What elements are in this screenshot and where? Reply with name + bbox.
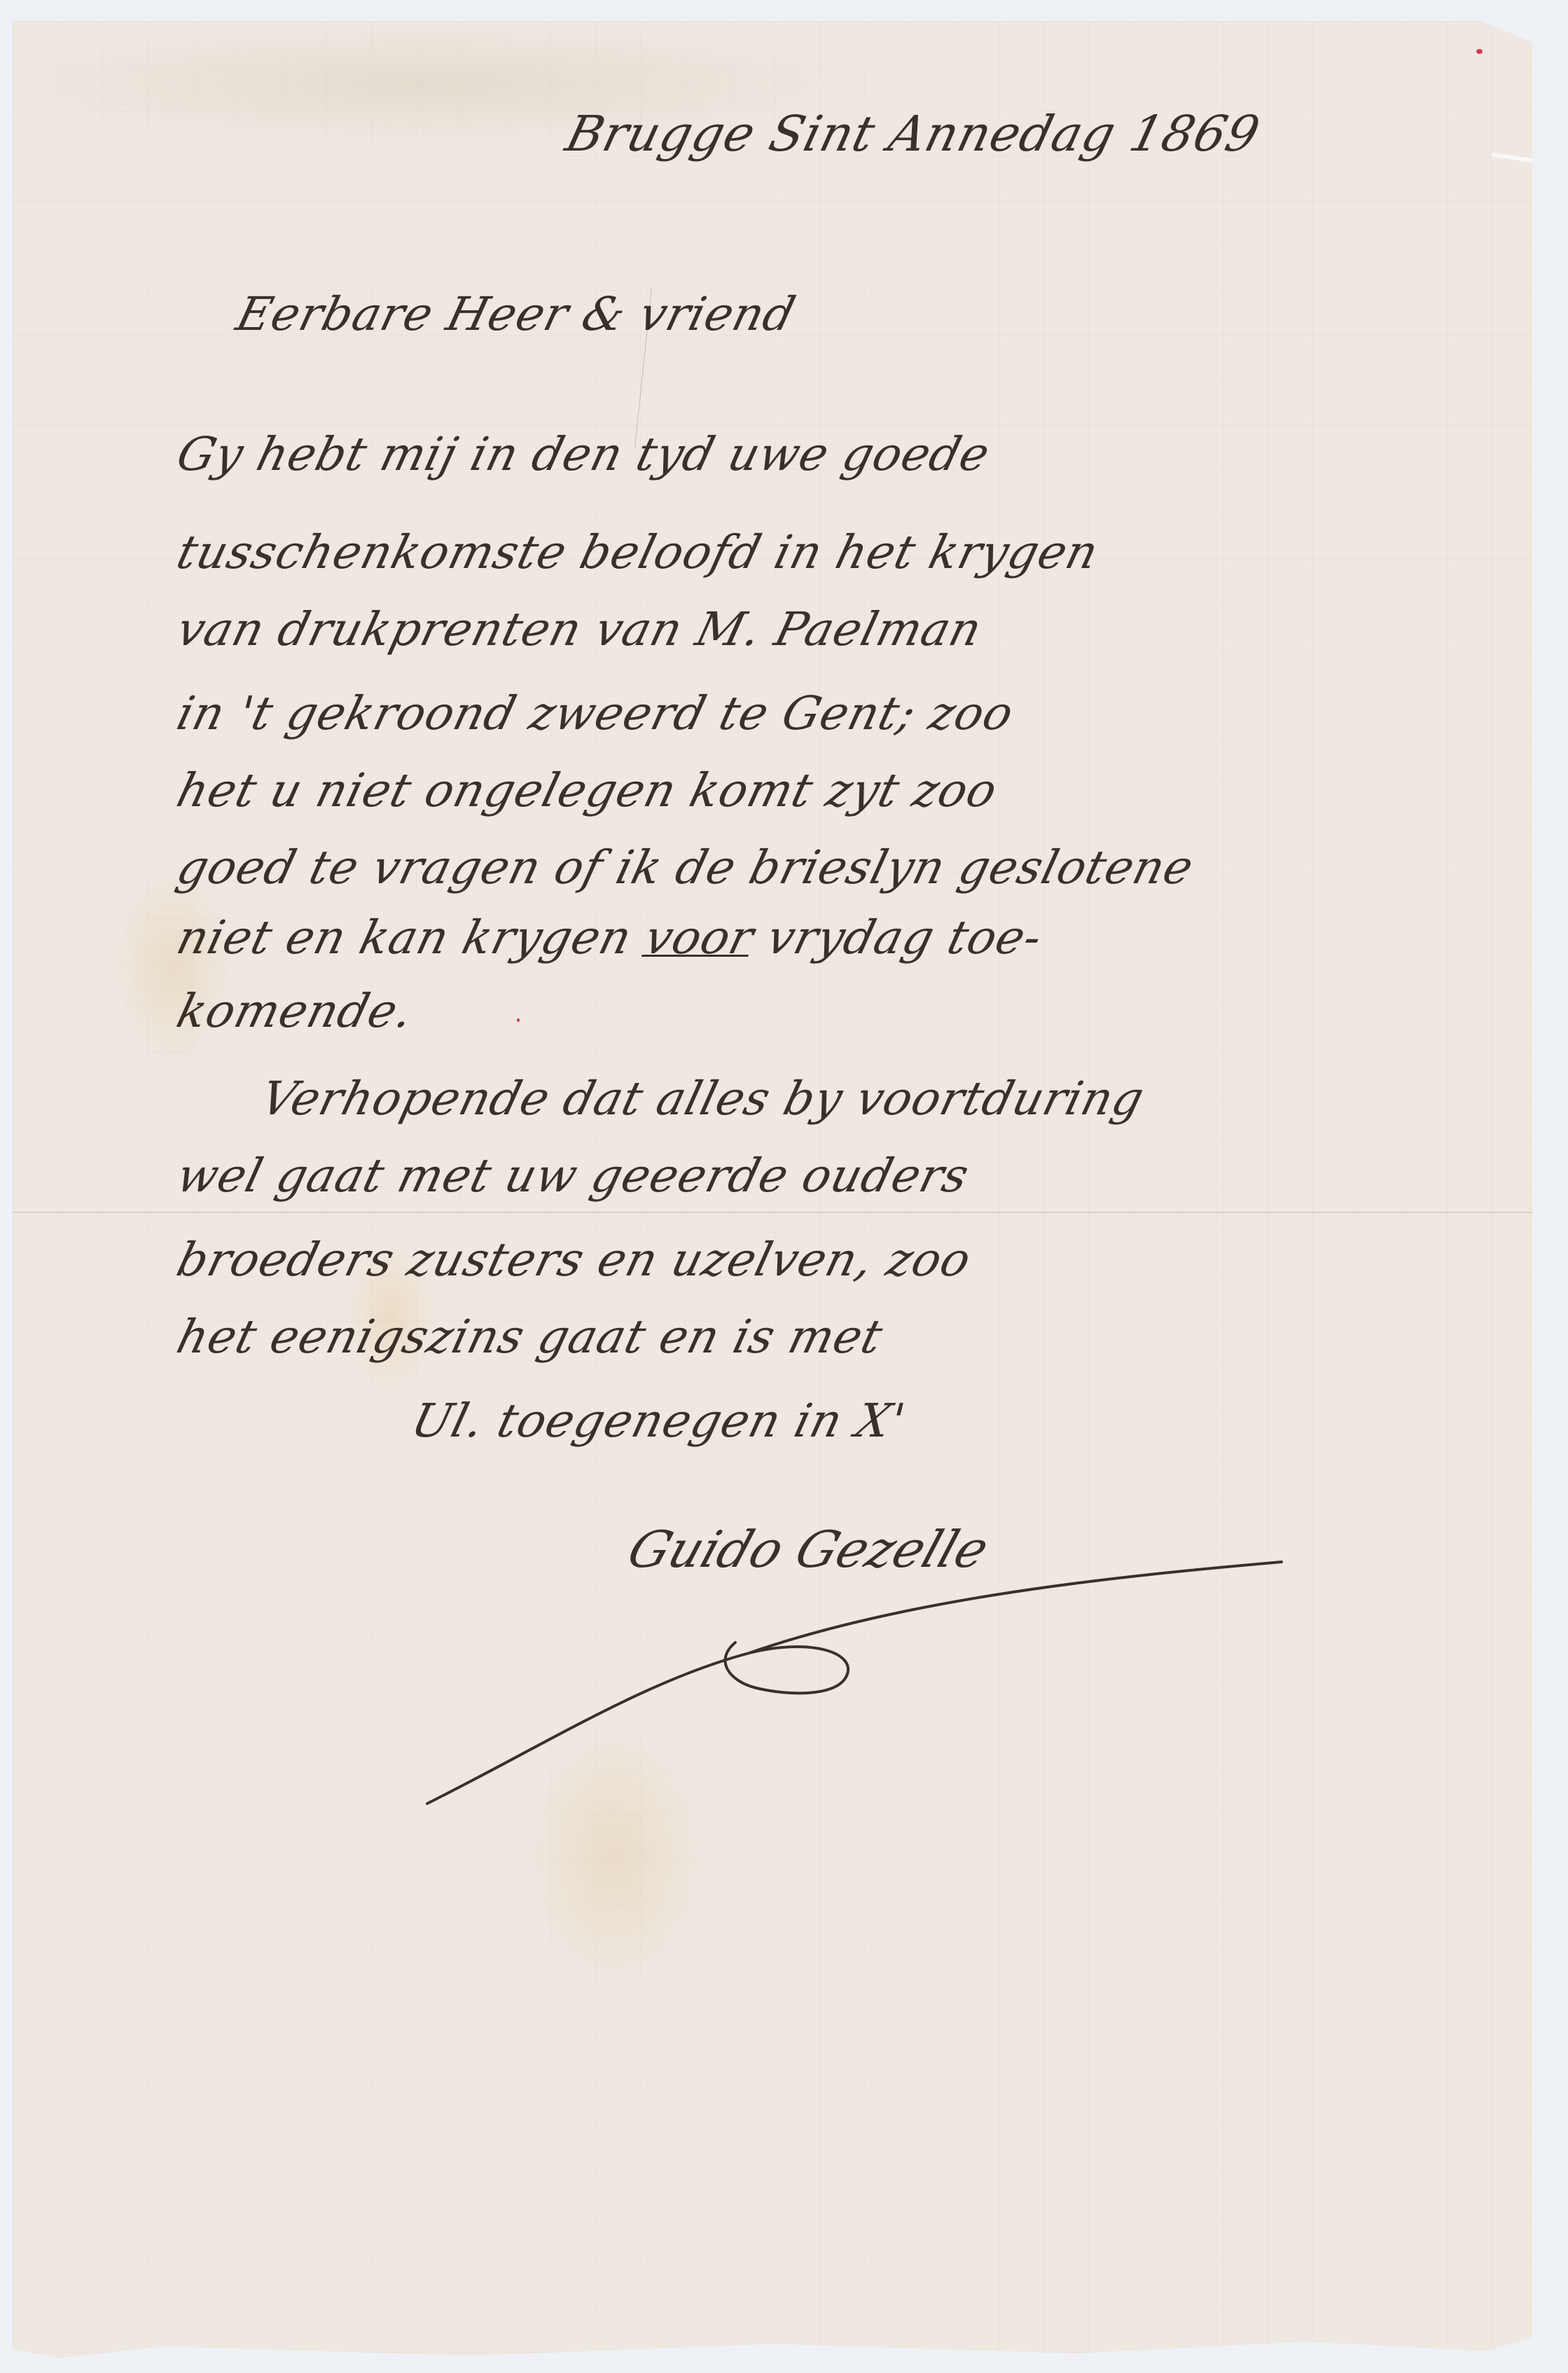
letter-line: tusschenkomste beloofd in het krygen — [172, 525, 1104, 579]
red-ink-mark-small — [517, 1018, 520, 1022]
letter-text: vrydag toe- — [761, 911, 1048, 964]
letter-line: wel gaat met uw geeerde ouders — [172, 1149, 975, 1203]
letter-text: niet en kan krygen — [172, 911, 637, 964]
red-ink-mark — [1476, 49, 1483, 54]
letter-line: het eenigszins gaat en is met — [172, 1310, 888, 1364]
letter-salutation: Eerbare Heer & vriend — [231, 287, 801, 341]
letter-line: het u niet ongelegen komt zyt zoo — [172, 763, 1003, 817]
paper-fold-line — [13, 1212, 1532, 1213]
letter-line: in 't gekroond zweerd te Gent; zoo — [172, 686, 1019, 740]
letter-line: van drukprenten van M. Paelman — [172, 602, 987, 656]
letter-line: goed te vragen of ik de brieslyn geslote… — [172, 840, 1199, 894]
letter-closing: Ul. toegenegen in X' — [406, 1394, 911, 1448]
letter-line: broeders zusters en uzelven, zoo — [172, 1233, 977, 1287]
letter-date-line: Brugge Sint Annedag 1869 — [560, 105, 1265, 162]
letter-line: komende. — [172, 984, 419, 1038]
letter-line: Verhopende dat alles by voortduring — [256, 1072, 1150, 1126]
letter-line: niet en kan krygen voor vrydag toe- — [172, 911, 1048, 964]
signature-flourish-icon — [420, 1555, 1331, 1821]
underlined-word: voor — [639, 911, 760, 964]
letter-line: Gy hebt mij in den tyd uwe goede — [172, 427, 995, 481]
